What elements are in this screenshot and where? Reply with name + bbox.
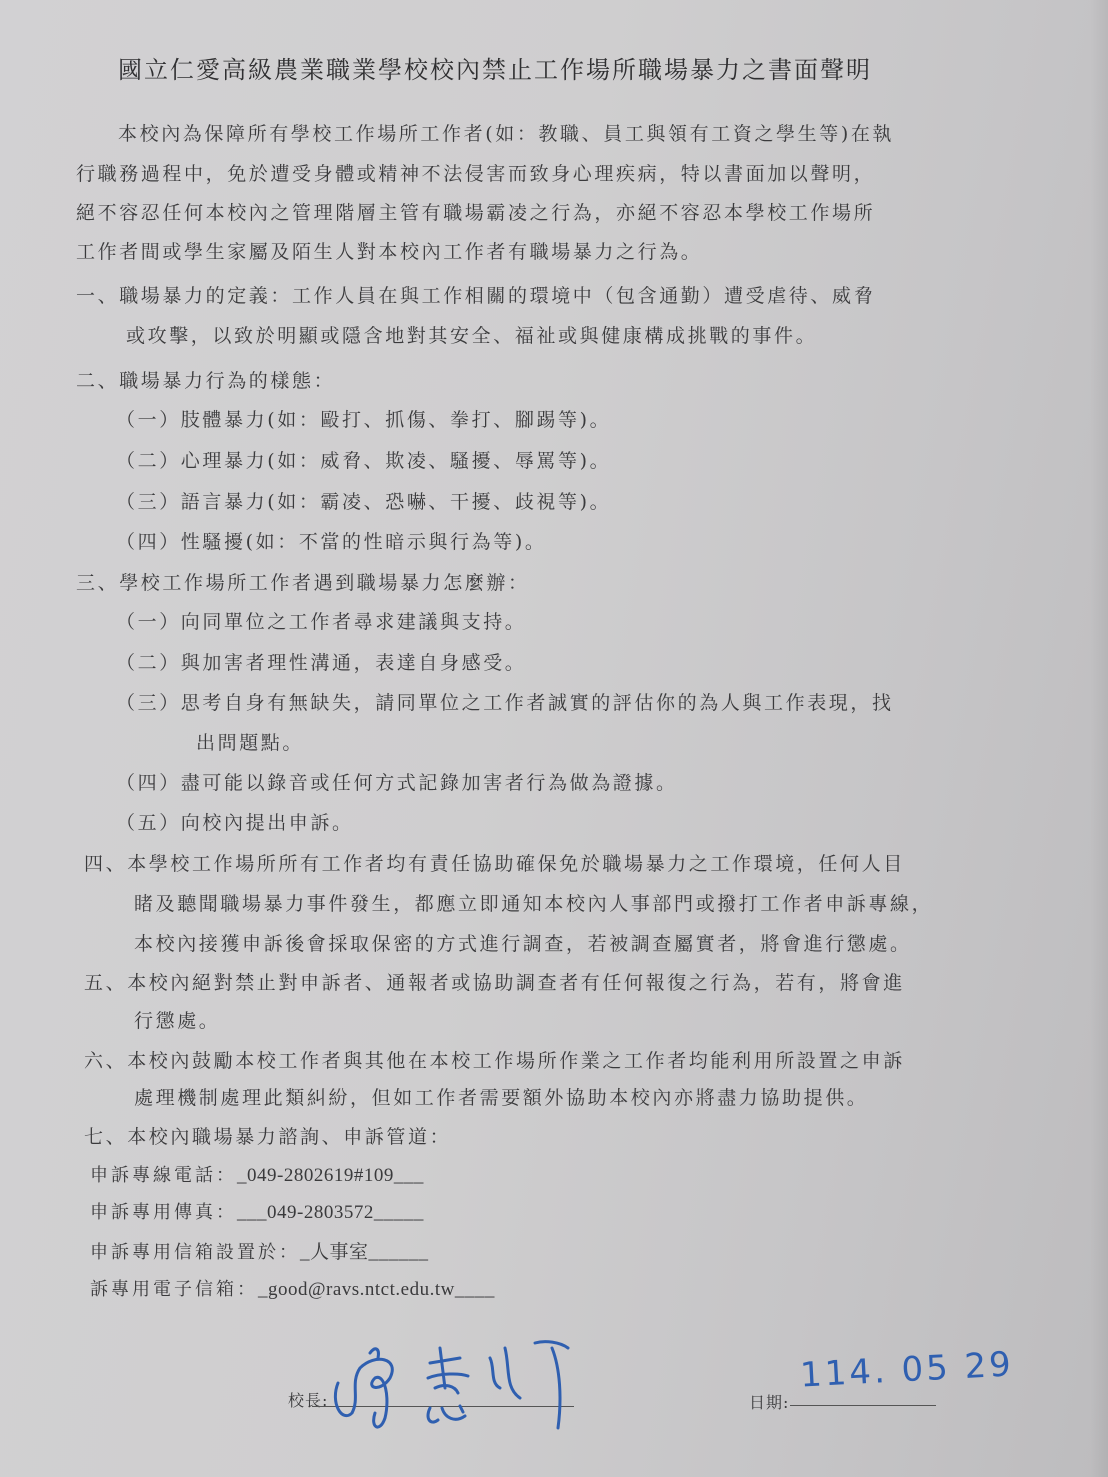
section2-item-2: （二）心理暴力(如：威脅、欺凌、騷擾、辱罵等)。 — [116, 446, 611, 473]
section3-item-1: （一）向同單位之工作者尋求建議與支持。 — [116, 607, 526, 634]
section3-item-3-cont: 出問題點。 — [196, 728, 304, 755]
section5-line-1: 五、本校內絕對禁止對申訴者、通報者或協助調查者有任何報復之行為，若有，將會進 — [84, 968, 905, 995]
principal-signature — [330, 1328, 590, 1438]
intro-line-4: 工作者間或學生家屬及陌生人對本校內工作者有職場暴力之行為。 — [76, 237, 702, 264]
section2-item-1: （一）肢體暴力(如：毆打、抓傷、拳打、腳踢等)。 — [116, 405, 611, 432]
date-line — [790, 1405, 936, 1406]
section3-item-4: （四）盡可能以錄音或任何方式記錄加害者行為做為證據。 — [116, 768, 678, 795]
contact-phone-value: _049-2802619#109___ — [237, 1165, 424, 1186]
section5-line-2: 行懲處。 — [134, 1006, 220, 1033]
section3-item-2: （二）與加害者理性溝通，表達自身感受。 — [116, 648, 526, 675]
contact-email: 訴專用電子信箱：_good@ravs.ntct.edu.tw____ — [90, 1275, 495, 1301]
contact-phone: 申訴專線電話：_049-2802619#109___ — [90, 1161, 424, 1187]
section2-heading: 二、職場暴力行為的樣態： — [76, 366, 335, 393]
document-title: 國立仁愛高級農業職業學校校內禁止工作場所職場暴力之書面聲明 — [118, 50, 978, 85]
section1-line-1: 一、職場暴力的定義：工作人員在與工作相關的環境中（包含通勤）遭受虐待、威脅 — [76, 281, 875, 308]
section3-heading: 三、學校工作場所工作者遇到職場暴力怎麼辦： — [76, 568, 530, 595]
contact-mailbox-value: _人事室______ — [300, 1242, 429, 1263]
section3-item-3: （三）思考自身有無缺失，請同單位之工作者誠實的評估你的為人與工作表現，找 — [116, 688, 894, 715]
intro-line-2: 行職務過程中，免於遭受身體或精神不法侵害而致身心理疾病，特以書面加以聲明， — [76, 159, 875, 186]
contact-mailbox: 申訴專用信箱設置於：_人事室______ — [90, 1237, 429, 1264]
section4-line-3: 本校內接獲申訴後會採取保密的方式進行調查，若被調查屬實者，將會進行懲處。 — [134, 929, 912, 956]
paper-edge-shadow — [1090, 0, 1108, 1477]
handwritten-signature-icon — [330, 1328, 590, 1438]
intro-line-1: 本校內為保障所有學校工作場所工作者(如：教職、員工與領有工資之學生等)在執 — [118, 119, 894, 146]
contact-mailbox-label: 申訴專用信箱設置於： — [90, 1242, 300, 1263]
document-page: 國立仁愛高級農業職業學校校內禁止工作場所職場暴力之書面聲明 本校內為保障所有學校… — [0, 0, 1108, 1477]
contact-fax-label: 申訴專用傳真： — [90, 1202, 237, 1223]
section4-line-2: 睹及聽聞職場暴力事件發生，都應立即通知本校內人事部門或撥打工作者申訴專線， — [134, 889, 933, 916]
section2-item-4: （四）性騷擾(如：不當的性暗示與行為等)。 — [116, 527, 546, 554]
intro-line-3: 絕不容忍任何本校內之管理階層主管有職場霸凌之行為，亦絕不容忍本學校工作場所 — [76, 198, 875, 225]
section3-item-5: （五）向校內提出申訴。 — [116, 808, 354, 835]
contact-fax-value: ___049-2803572_____ — [237, 1202, 424, 1223]
contact-fax: 申訴專用傳真：___049-2803572_____ — [90, 1198, 424, 1224]
date-label: 日期: — [749, 1390, 789, 1413]
contact-email-value: _good@ravs.ntct.edu.tw____ — [258, 1279, 495, 1300]
handwritten-date: 114. 05 29 — [799, 1344, 1015, 1395]
contact-phone-label: 申訴專線電話： — [90, 1165, 237, 1186]
section1-line-2: 或攻擊，以致於明顯或隱含地對其安全、福祉或與健康構成挑戰的事件。 — [126, 321, 817, 348]
contact-email-label: 訴專用電子信箱： — [90, 1279, 258, 1300]
section4-line-1: 四、本學校工作場所所有工作者均有責任協助確保免於職場暴力之工作環境，任何人目 — [84, 849, 905, 876]
section7-heading: 七、本校內職場暴力諮詢、申訴管道： — [84, 1122, 451, 1149]
section6-line-1: 六、本校內鼓勵本校工作者與其他在本校工作場所作業之工作者均能利用所設置之申訴 — [84, 1046, 905, 1073]
section2-item-3: （三）語言暴力(如：霸凌、恐嚇、干擾、歧視等)。 — [116, 487, 611, 514]
section6-line-2: 處理機制處理此類糾紛，但如工作者需要額外協助本校內亦將盡力協助提供。 — [134, 1083, 868, 1110]
principal-label: 校長: — [288, 1388, 328, 1411]
